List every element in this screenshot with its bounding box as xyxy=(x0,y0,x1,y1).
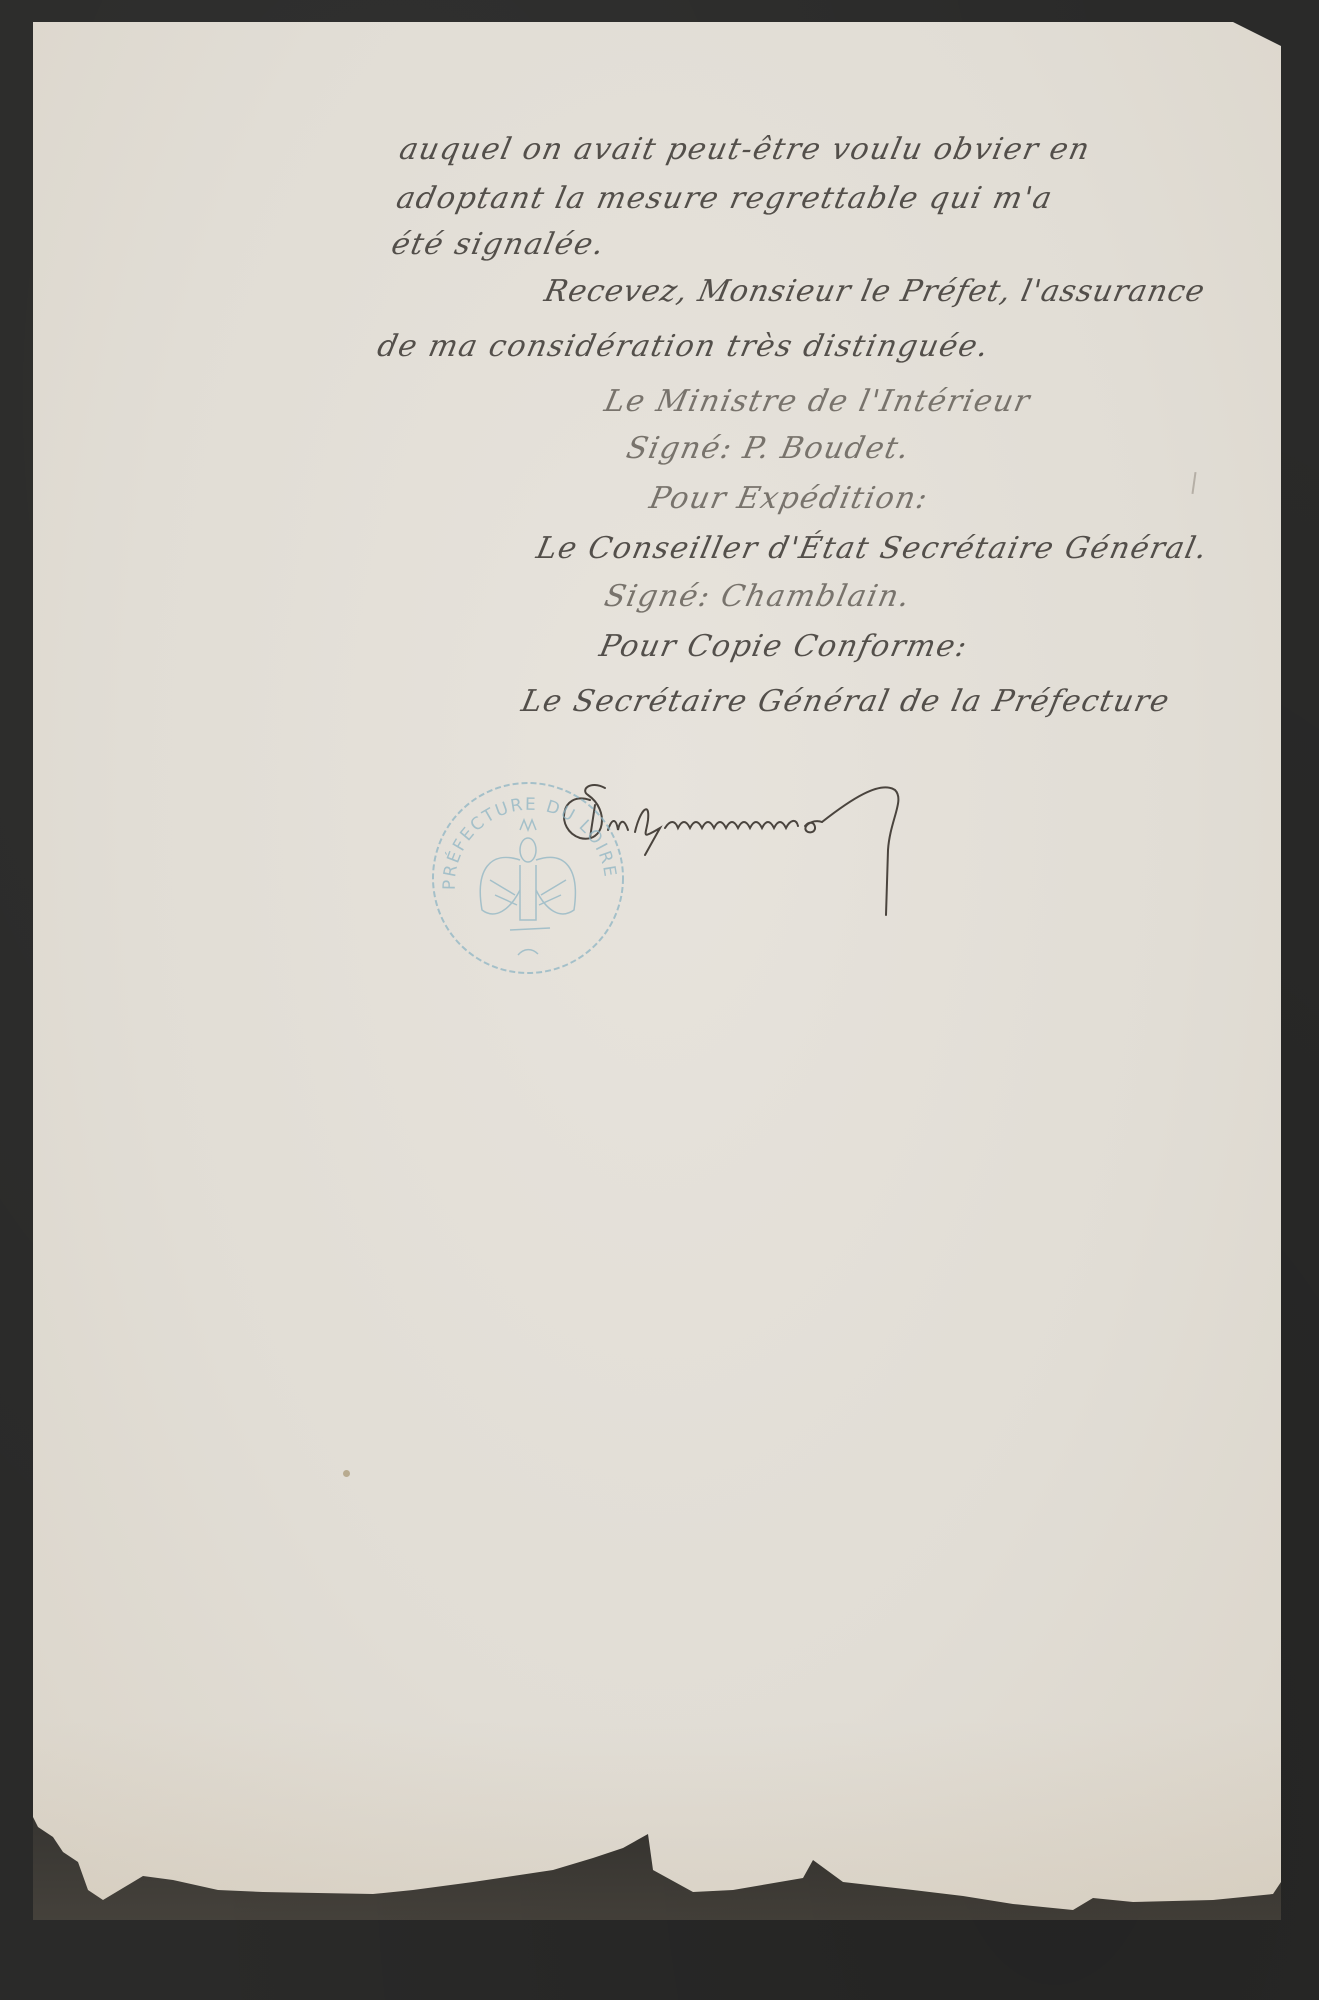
prefecture-secretary-title: Le Secrétaire Général de la Préfecture xyxy=(518,684,1173,719)
councillor-title: Le Conseiller d'État Secrétaire Général. xyxy=(533,531,1211,566)
copy-conforme-label: Pour Copie Conforme: xyxy=(596,629,971,664)
body-line-3: été signalée. xyxy=(388,227,608,262)
eagle-emblem-icon xyxy=(480,820,575,955)
body-line-1: auquel on avait peut-être voulu obvier e… xyxy=(396,132,1094,167)
closing-line-1: Recevez, Monsieur le Préfet, l'assurance xyxy=(541,274,1208,309)
paper-speck xyxy=(343,1470,350,1477)
document-page xyxy=(33,22,1281,1937)
prefecture-stamp: PRÉFECTURE DU LOIRET xyxy=(420,770,640,990)
expedition-label: Pour Expédition: xyxy=(646,481,931,516)
minister-signed: Signé: P. Boudet. xyxy=(623,431,913,466)
councillor-signed: Signé: Chamblain. xyxy=(601,579,914,614)
closing-line-2: de ma considération très distinguée. xyxy=(374,329,993,364)
minister-title: Le Ministre de l'Intérieur xyxy=(601,384,1034,419)
body-line-2: adoptant la mesure regrettable qui m'a xyxy=(393,181,1056,216)
